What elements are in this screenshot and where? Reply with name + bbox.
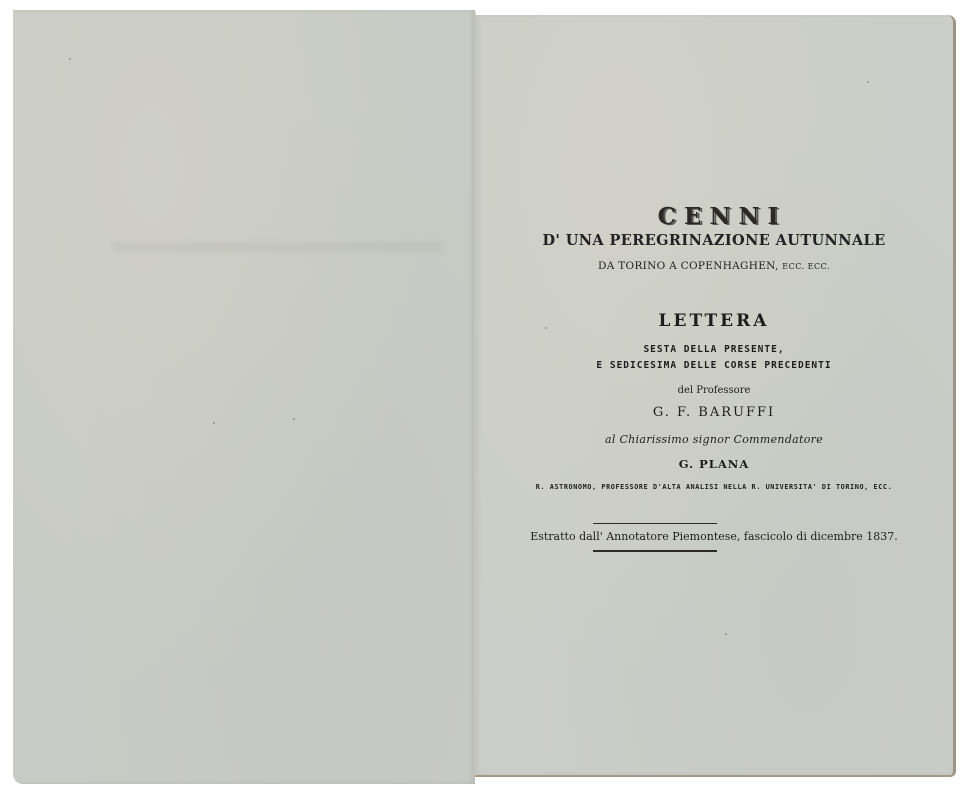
paper-speck (867, 81, 869, 83)
recipient-name: G. PLANA (475, 457, 953, 471)
extract-note: Estratto dall' Annotatore Piemontese, fa… (475, 530, 953, 543)
route: DA TORINO A COPENHAGHEN, (598, 260, 779, 272)
del-professore: del Professore (475, 385, 953, 396)
recipient-titles: R. ASTRONOMO, PROFESSORE D'ALTA ANALISI … (475, 483, 953, 491)
title-page: CENNI D' UNA PEREGRINAZIONE AUTUNNALE DA… (475, 15, 956, 777)
paper-speck (293, 418, 295, 420)
paper-speck (725, 633, 727, 635)
paper-speck (69, 58, 71, 60)
route-line: DA TORINO A COPENHAGHEN, ECC. ECC. (475, 260, 953, 272)
paper-speck (213, 422, 215, 424)
paper-speck (545, 327, 547, 329)
author-name: G. F. BARUFFI (475, 405, 953, 420)
subtitle: D' UNA PEREGRINAZIONE AUTUNNALE (475, 232, 953, 249)
rule-top (593, 523, 717, 524)
left-page (13, 10, 475, 784)
dedication-line: al Chiarissimo signor Commendatore (475, 433, 953, 446)
show-through-text (113, 242, 443, 252)
line-sesta: SESTA DELLA PRESENTE, (475, 344, 953, 355)
title: CENNI (475, 203, 961, 230)
line-sedicesima: E SEDICESIMA DELLE CORSE PRECEDENTI (475, 360, 953, 371)
route-ecc: ECC. ECC. (782, 262, 830, 271)
rule-bottom (593, 550, 717, 552)
